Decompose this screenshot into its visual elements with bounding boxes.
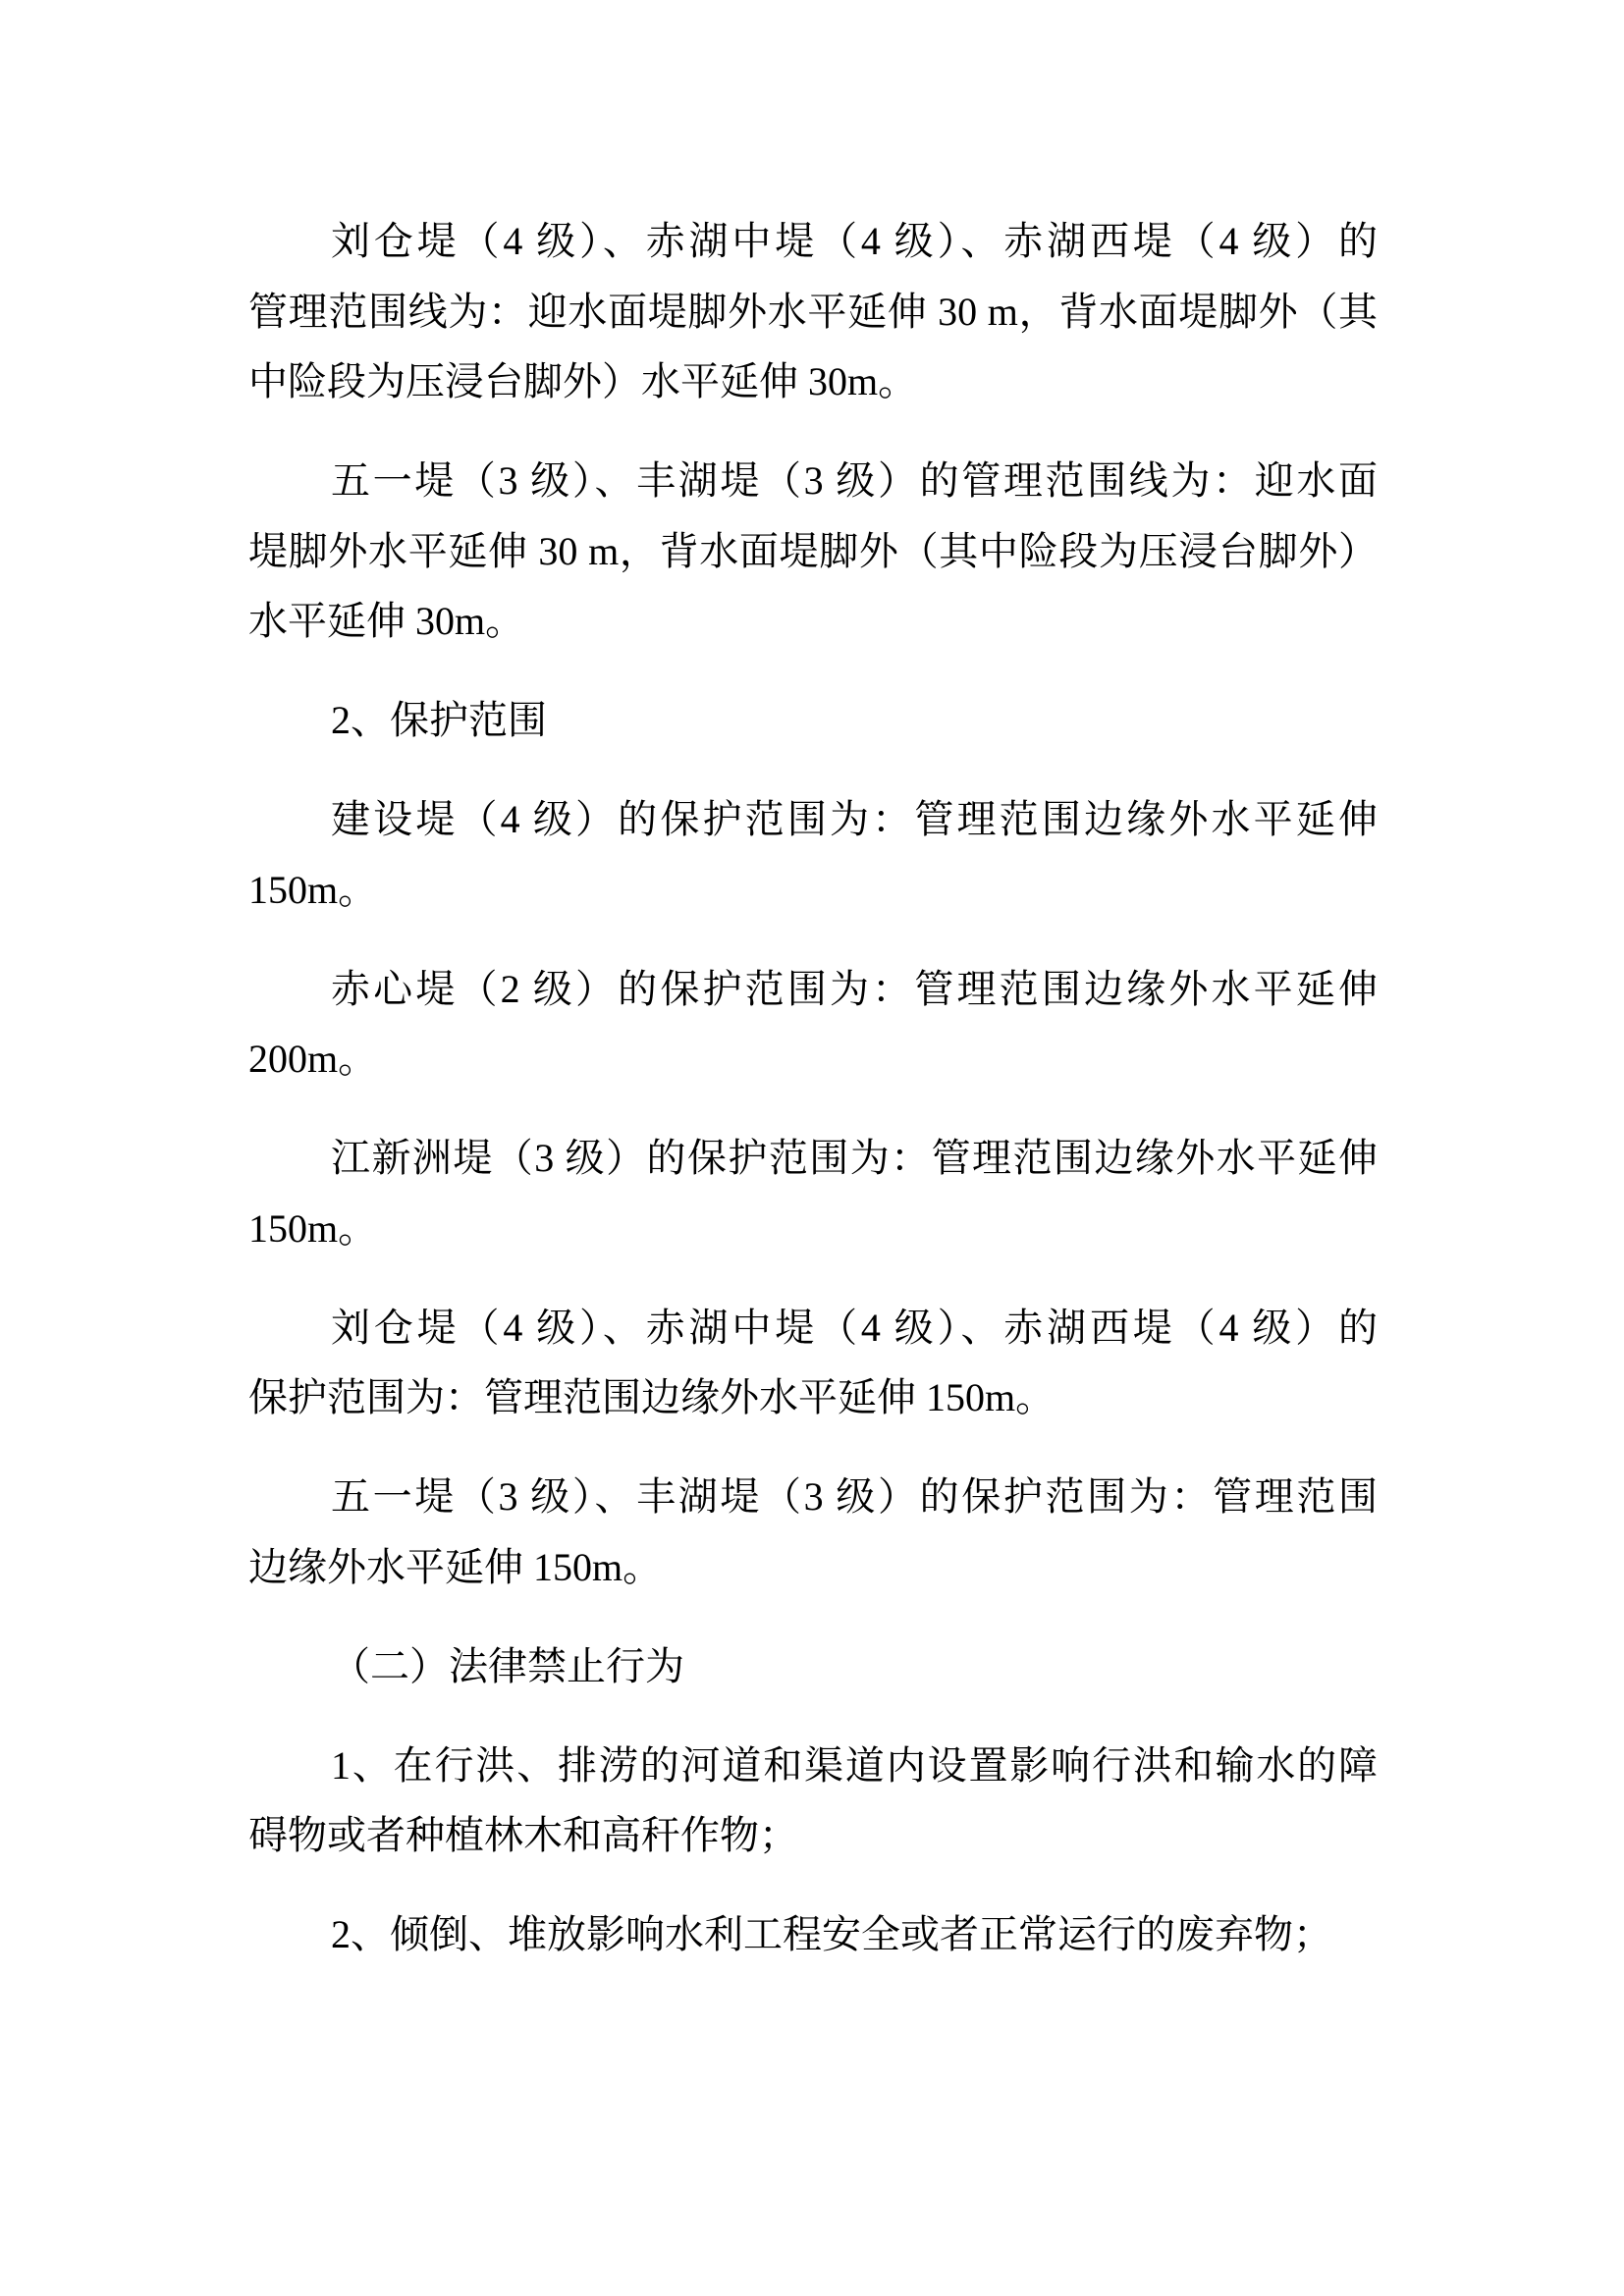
para-prohibited-act-1: 1、在行洪、排涝的河道和渠道内设置影响行洪和输水的障 碍物或者种植林木和高秆作物…: [248, 1731, 1378, 1871]
text-line: 保护范围为：管理范围边缘外水平延伸 150m。: [248, 1362, 1378, 1433]
text-line: 五一堤（3 级）、丰湖堤（3 级）的管理范围线为：迎水面: [248, 446, 1378, 516]
para-wuyi-management-scope: 五一堤（3 级）、丰湖堤（3 级）的管理范围线为：迎水面 堤脚外水平延伸 30 …: [248, 446, 1378, 657]
text-line: 堤脚外水平延伸 30 m，背水面堤脚外（其中险段为压浸台脚外）: [248, 516, 1378, 587]
text-line: 赤心堤（2 级）的保护范围为：管理范围边缘外水平延伸: [248, 954, 1378, 1025]
heading-prohibited-acts: （二）法律禁止行为: [248, 1631, 1378, 1702]
text-line: 边缘外水平延伸 150m。: [248, 1532, 1378, 1603]
para-jiangxinzhou-protection: 江新洲堤（3 级）的保护范围为：管理范围边缘外水平延伸 150m。: [248, 1123, 1378, 1263]
para-wuyi-protection: 五一堤（3 级）、丰湖堤（3 级）的保护范围为：管理范围 边缘外水平延伸 150…: [248, 1462, 1378, 1602]
para-liucang-protection: 刘仓堤（4 级）、赤湖中堤（4 级）、赤湖西堤（4 级）的 保护范围为：管理范围…: [248, 1293, 1378, 1433]
text-line: 1、在行洪、排涝的河道和渠道内设置影响行洪和输水的障: [248, 1731, 1378, 1801]
text-line: （二）法律禁止行为: [248, 1631, 1378, 1702]
text-line: 中险段为压浸台脚外）水平延伸 30m。: [248, 347, 1378, 417]
text-line: 建设堤（4 级）的保护范围为：管理范围边缘外水平延伸: [248, 784, 1378, 855]
text-line: 五一堤（3 级）、丰湖堤（3 级）的保护范围为：管理范围: [248, 1462, 1378, 1532]
text-line: 刘仓堤（4 级）、赤湖中堤（4 级）、赤湖西堤（4 级）的: [248, 206, 1378, 277]
text-line: 2、倾倒、堆放影响水利工程安全或者正常运行的废弃物；: [248, 1899, 1378, 1970]
document-page: 刘仓堤（4 级）、赤湖中堤（4 级）、赤湖西堤（4 级）的 管理范围线为：迎水面…: [0, 0, 1624, 2296]
text-line: 碍物或者种植林木和高秆作物；: [248, 1800, 1378, 1871]
text-line: 江新洲堤（3 级）的保护范围为：管理范围边缘外水平延伸: [248, 1123, 1378, 1194]
para-prohibited-act-2: 2、倾倒、堆放影响水利工程安全或者正常运行的废弃物；: [248, 1899, 1378, 1970]
text-line: 刘仓堤（4 级）、赤湖中堤（4 级）、赤湖西堤（4 级）的: [248, 1293, 1378, 1363]
para-jianshe-protection: 建设堤（4 级）的保护范围为：管理范围边缘外水平延伸 150m。: [248, 784, 1378, 925]
text-line: 水平延伸 30m。: [248, 586, 1378, 657]
text-line: 管理范围线为：迎水面堤脚外水平延伸 30 m，背水面堤脚外（其: [248, 277, 1378, 347]
text-line: 2、保护范围: [248, 685, 1378, 756]
text-line: 150m。: [248, 855, 1378, 926]
text-line: 200m。: [248, 1024, 1378, 1095]
heading-protection-scope: 2、保护范围: [248, 685, 1378, 756]
para-liucang-management-scope: 刘仓堤（4 级）、赤湖中堤（4 级）、赤湖西堤（4 级）的 管理范围线为：迎水面…: [248, 206, 1378, 417]
document-body: 刘仓堤（4 级）、赤湖中堤（4 级）、赤湖西堤（4 级）的 管理范围线为：迎水面…: [248, 206, 1378, 1999]
text-line: 150m。: [248, 1194, 1378, 1264]
para-chixin-protection: 赤心堤（2 级）的保护范围为：管理范围边缘外水平延伸 200m。: [248, 954, 1378, 1095]
